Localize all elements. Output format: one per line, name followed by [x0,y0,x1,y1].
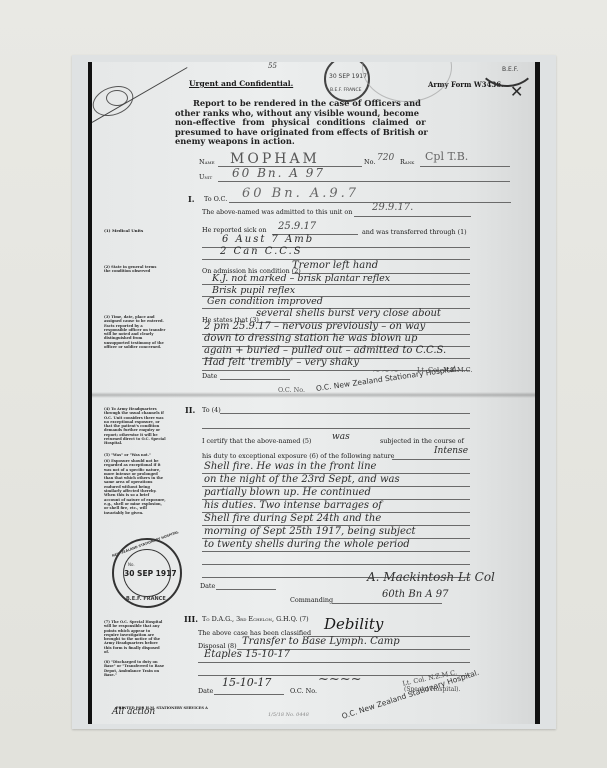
rank-value: Cpl T.B. [425,150,468,163]
army-form-document: 55 Urgent and Confidential. Army Form W3… [88,62,540,724]
reported-label: He reported sick on [202,226,266,234]
transferred-line-2: 2 Can C.C.S [220,246,303,257]
section-2-to-label: To (4) [202,406,221,414]
disposal-line-2: Etaples 15-10-17 [204,649,290,660]
name-value: MOPHAM [230,151,320,167]
duty-label: his duty to exceptional exposure (6) of … [202,452,394,460]
margin-note-4: (4) To Army Headquarters through the usu… [104,407,166,446]
top-margin-mark: 55 [268,62,277,70]
section-3-oc-no-label: O.C. No. [290,687,317,695]
certify-label: I certify that the above-named (5) [202,437,311,445]
section-3-date-label: Date [198,687,213,695]
commanding-label: Commanding [290,596,333,604]
margin-note-8: (8) "Discharged to duty on Base" or "Tra… [104,660,166,677]
urgent-heading: Urgent and Confidential. [189,79,293,88]
condition-line-2: K.J. not marked – brisk plantar reflex [212,273,390,284]
faint-stamp-ring [362,62,452,102]
bottom-handwritten-note: All action [112,707,155,717]
hospital-date-stamp: No. 30 SEP 1917 B.E.F. FRANCE NEW ZEALAN… [112,538,182,608]
duty-value: Intense [434,446,468,456]
margin-note-6: (6) Exposure should not be regarded as e… [104,459,166,515]
states-line-4: again + buried – pulled out – admitted t… [204,345,446,356]
reported-value: 25.9.17 [278,221,316,232]
certify-value: was [332,432,350,442]
form-title: Report to be rendered in the case of Off… [175,99,460,147]
no-value: 720 [377,153,394,163]
transferred-label: and was transferred through (1) [362,228,467,236]
course-label: subjected in the course of [380,437,464,445]
nature-line-5: Shell fire during Sept 24th and the [204,513,381,524]
x-mark: ✕ [510,82,523,101]
margin-note-1: (1) Medical Units [104,228,143,233]
margin-note-5: (5) "Was" or "Was not." [104,453,166,457]
disposal-line-1: Transfer to Base Lymph. Camp [242,636,400,647]
section-1-to-value: 60 Bn. A.9.7 [242,186,359,201]
transferred-line-1: 6 Aust 7 Amb [222,234,314,245]
section-3-numeral: III. [184,614,198,624]
bottom-faint-note: 1/5/18 No. 0448 [268,712,309,718]
states-line-3: down to dressing station he was blown up [204,333,417,344]
nature-line-7: to twenty shells during the whole period [204,539,410,550]
no-label: No. [364,158,375,166]
name-label: Name [199,158,215,166]
rank-label: Rank [400,158,414,166]
section-2-signature: A. Mackintosh Lt Col [367,570,495,584]
states-line-2: 2 pm 25.9.17 – nervous previously – on w… [204,321,425,332]
section-1-to-label: To O.C. [204,195,227,203]
section-1-date-label: Date [202,372,217,380]
nature-line-4: his duties. Two intense barrages of [204,500,382,511]
margin-note-3: (3) Time, date, place and assigned cause… [104,315,166,349]
margin-note-7: (7) The O.C. Special Hospital will be re… [104,620,166,654]
margin-note-2: (2) State in general terms the condition… [104,265,164,274]
unit-label: Unit [199,173,212,181]
condition-line-3: Brisk pupil reflex [212,285,295,296]
nature-line-2: on the night of the 23rd Sept, and was [204,474,400,485]
section-3-to-label: To D.A.G., 3rd Echelon, G.H.Q. (7) [202,615,309,623]
nature-line-1: Shell fire. He was in the front line [204,461,376,472]
unit-value: 60 Bn. A 97 [232,166,325,180]
admitted-label: The above-named was admitted to this uni… [202,208,352,216]
condition-line-4: Gen condition improved [207,296,323,307]
section-2-date-label: Date [200,582,215,590]
fold-line [92,392,535,398]
condition-line-1: Tremor left hand [292,260,378,271]
section-3-date-value: 15-10-17 [222,676,271,689]
section-2-numeral: II. [185,405,195,415]
classified-value: Debility [324,615,383,633]
section-3-signature: ~~~~ [318,672,362,687]
section-1-numeral: I. [188,194,195,204]
states-line-1: several shells burst very close about [256,308,441,319]
nature-line-6: morning of Sept 25th 1917, being subject [204,526,416,537]
admitted-value: 29.9.17. [372,202,413,213]
nature-line-3: partially blown up. He continued [204,487,371,498]
states-line-5: Had felt 'trembly' – very shaky [204,357,359,368]
commanding-value: 60th Bn A 97 [382,589,448,600]
